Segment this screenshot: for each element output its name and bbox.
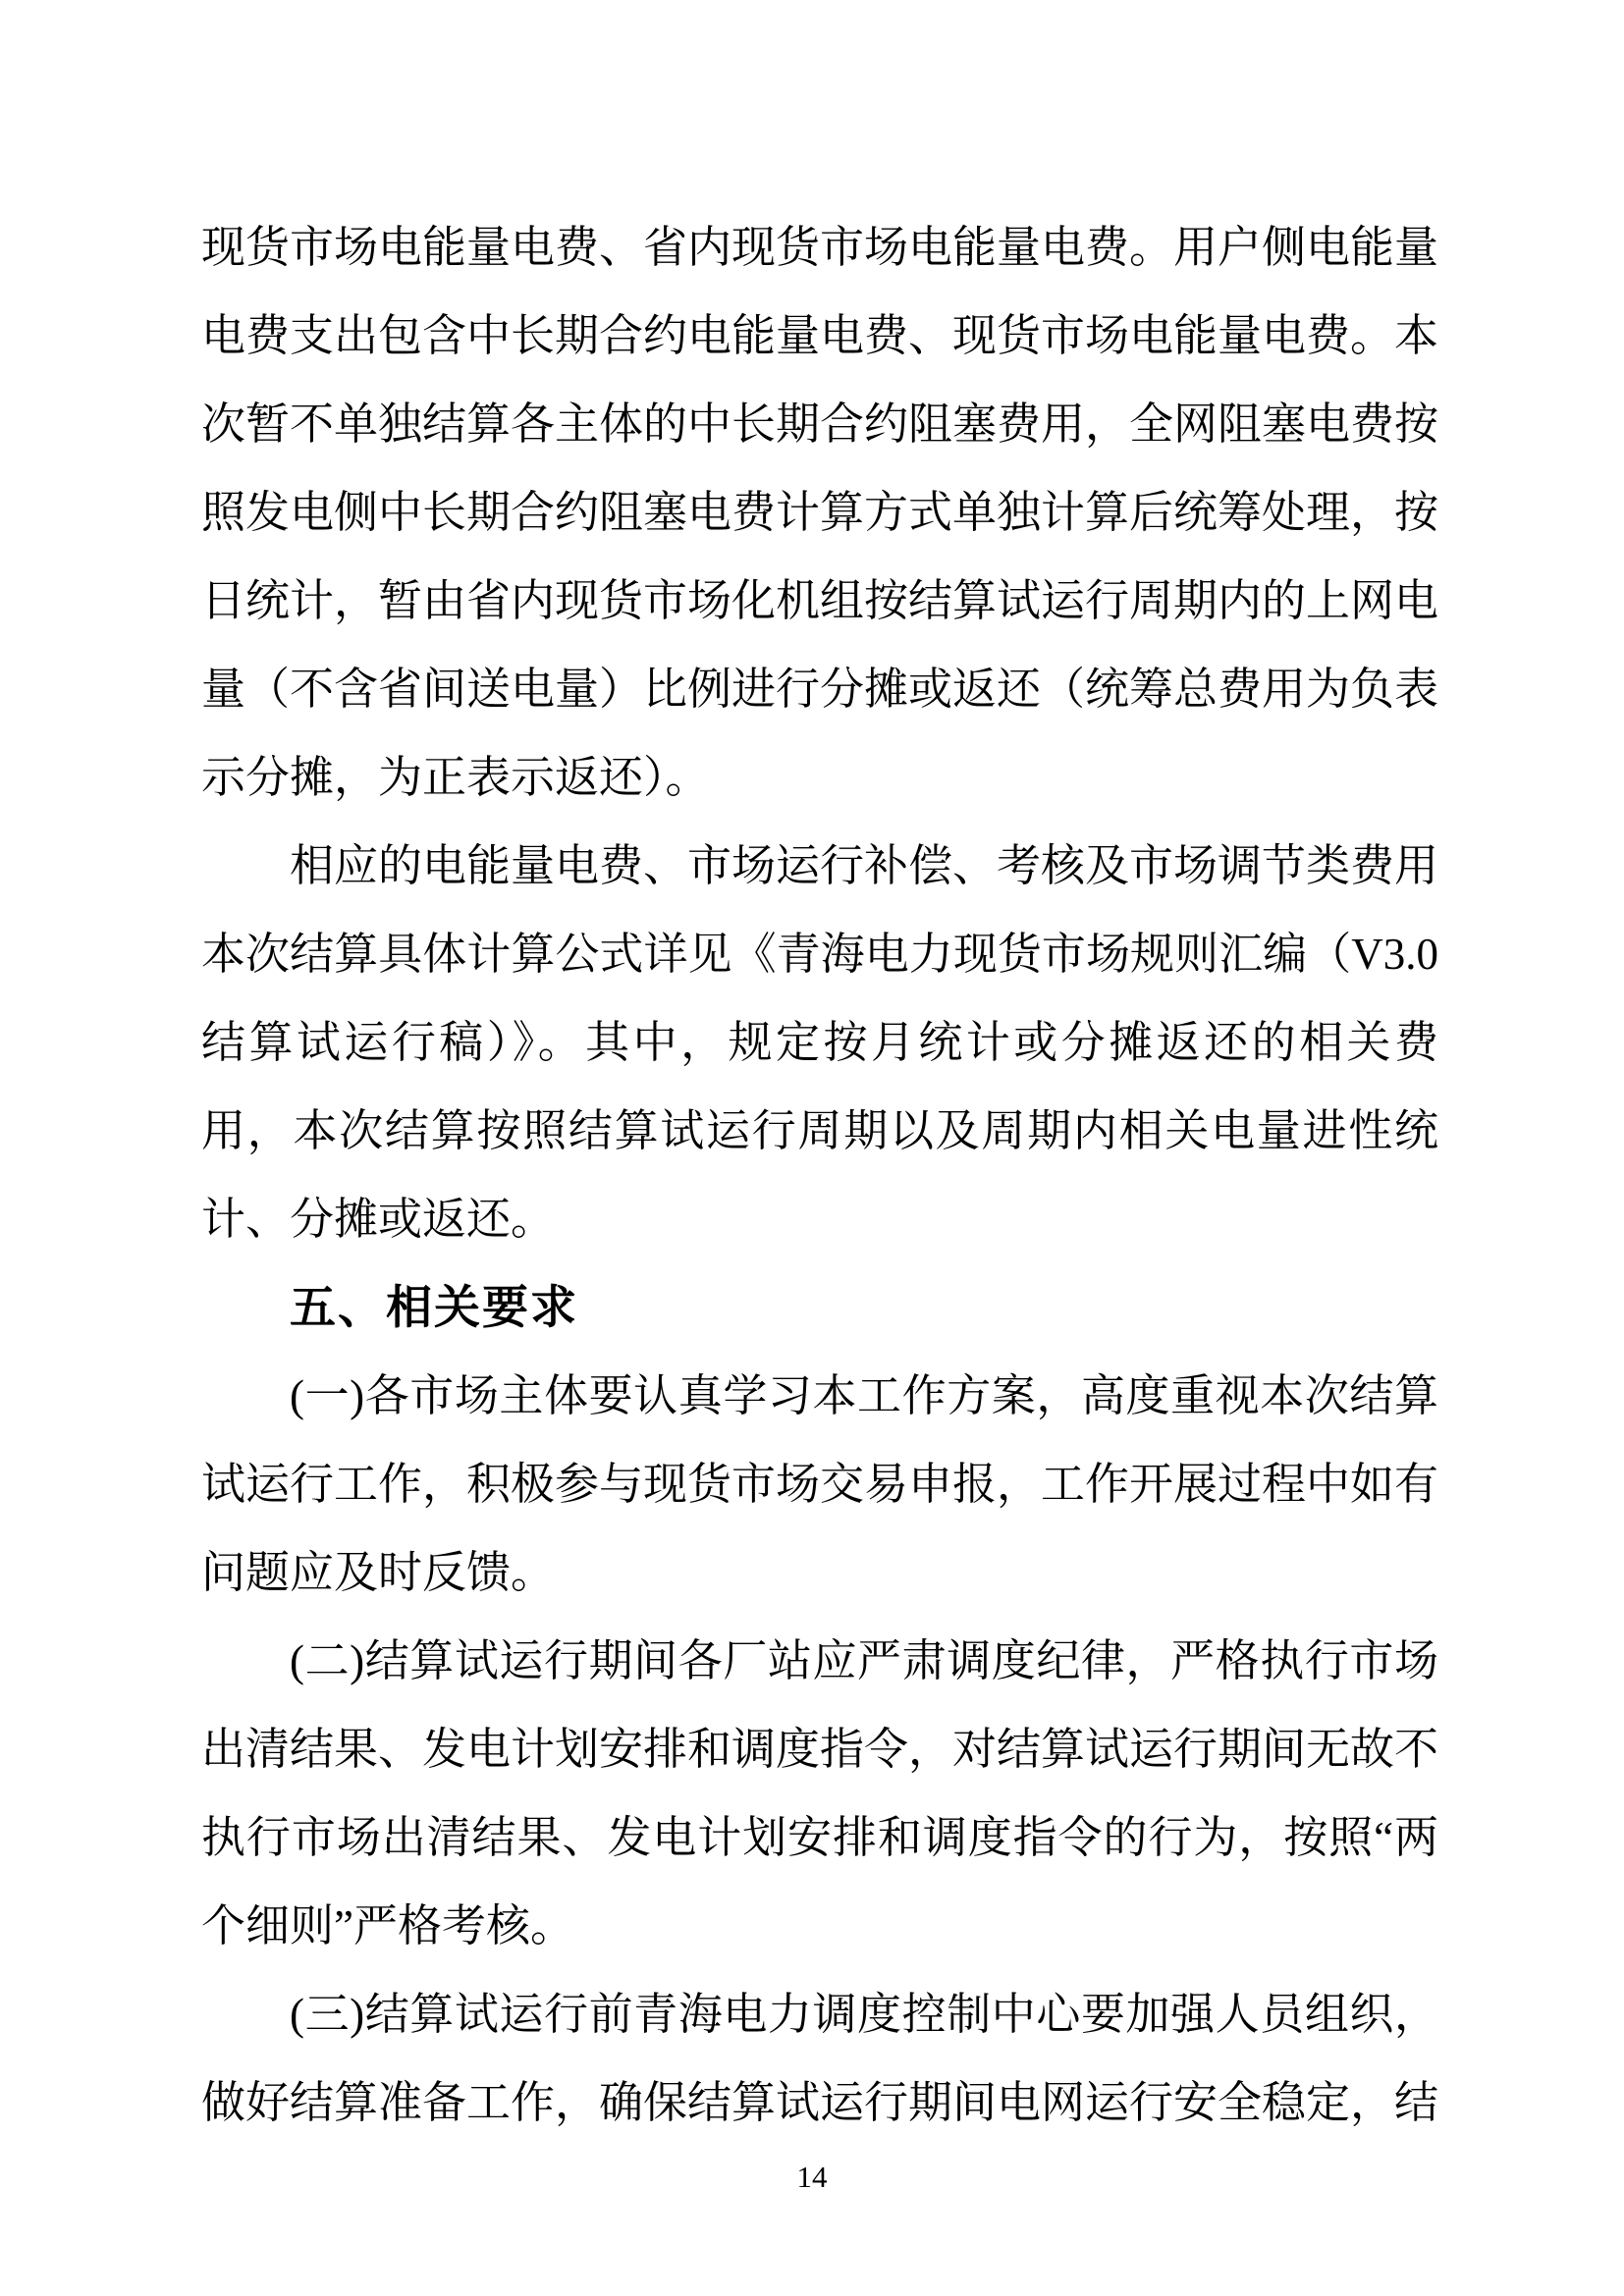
text-line: 相应的电能量电费、市场运行补偿、考核及市场调节类费用	[201, 822, 1438, 910]
document-page: 现货市场电能量电费、省内现货市场电能量电费。用户侧电能量电费支出包含中长期合约电…	[0, 0, 1624, 2296]
text-line: 用，本次结算按照结算试运行周期以及周期内相关电量进性统	[201, 1087, 1438, 1175]
text-line: 结算试运行稿）》。其中，规定按月统计或分摊返还的相关费	[201, 998, 1438, 1087]
text-line: 照发电侧中长期合约阻塞电费计算方式单独计算后统筹处理，按	[201, 468, 1438, 557]
text-line: 出清结果、发电计划安排和调度指令，对结算试运行期间无故不	[201, 1705, 1438, 1793]
text-line: 问题应及时反馈。	[201, 1528, 1438, 1617]
text-line: (三)结算试运行前青海电力调度控制中心要加强人员组织，	[201, 1970, 1438, 2058]
text-line: 做好结算准备工作，确保结算试运行期间电网运行安全稳定，结	[201, 2058, 1438, 2147]
section-heading-text: 五、相关要求	[201, 1263, 1438, 1352]
para-requirement-2: (二)结算试运行期间各厂站应严肃调度纪律，严格执行市场出清结果、发电计划安排和调…	[201, 1617, 1438, 1970]
document-body: 现货市场电能量电费、省内现货市场电能量电费。用户侧电能量电费支出包含中长期合约电…	[201, 203, 1438, 2147]
text-line: 个细则”严格考核。	[201, 1882, 1438, 1970]
text-line: 计、分摊或返还。	[201, 1175, 1438, 1263]
text-line: 电费支出包含中长期合约电能量电费、现货市场电能量电费。本	[201, 292, 1438, 380]
page-number: 14	[0, 2160, 1624, 2195]
text-line: 执行市场出清结果、发电计划安排和调度指令的行为，按照“两	[201, 1793, 1438, 1882]
text-line: 试运行工作，积极参与现货市场交易申报，工作开展过程中如有	[201, 1440, 1438, 1528]
text-line: 量（不含省间送电量）比例进行分摊或返还（统筹总费用为负表	[201, 645, 1438, 733]
text-line: 次暂不单独结算各主体的中长期合约阻塞费用，全网阻塞电费按	[201, 380, 1438, 468]
para-settlement-fees: 现货市场电能量电费、省内现货市场电能量电费。用户侧电能量电费支出包含中长期合约电…	[201, 203, 1438, 822]
text-line: 本次结算具体计算公式详见《青海电力现货市场规则汇编（V3.0	[201, 910, 1438, 998]
text-line: 现货市场电能量电费、省内现货市场电能量电费。用户侧电能量	[201, 203, 1438, 292]
text-line: 示分摊，为正表示返还）。	[201, 733, 1438, 822]
text-line: 日统计，暂由省内现货市场化机组按结算试运行周期内的上网电	[201, 557, 1438, 645]
para-calculation-formula: 相应的电能量电费、市场运行补偿、考核及市场调节类费用本次结算具体计算公式详见《青…	[201, 822, 1438, 1263]
para-requirement-1: (一)各市场主体要认真学习本工作方案，高度重视本次结算试运行工作，积极参与现货市…	[201, 1352, 1438, 1617]
text-line: (二)结算试运行期间各厂站应严肃调度纪律，严格执行市场	[201, 1617, 1438, 1705]
section-heading-requirements: 五、相关要求	[201, 1263, 1438, 1352]
text-line: (一)各市场主体要认真学习本工作方案，高度重视本次结算	[201, 1352, 1438, 1440]
para-requirement-3: (三)结算试运行前青海电力调度控制中心要加强人员组织，做好结算准备工作，确保结算…	[201, 1970, 1438, 2147]
